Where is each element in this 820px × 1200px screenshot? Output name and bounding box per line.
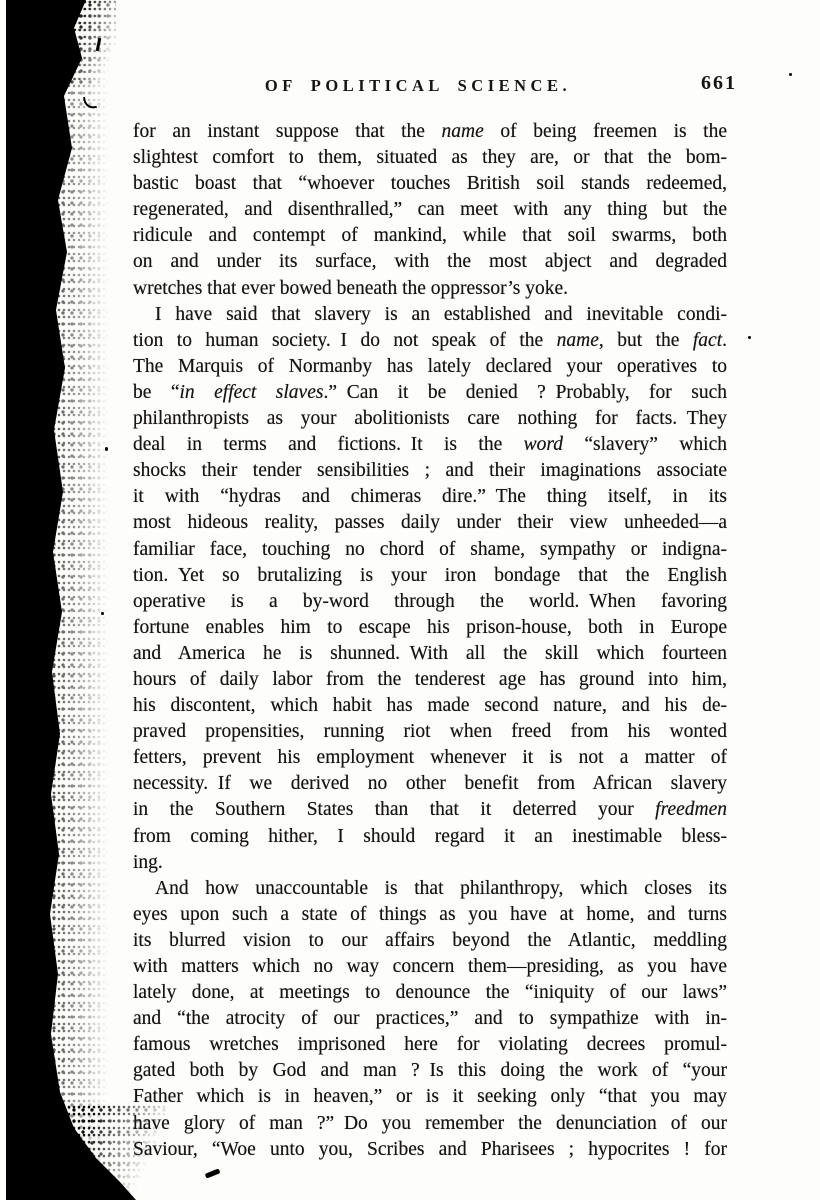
text-line: ing. <box>133 850 727 876</box>
text-line: for an instant suppose that the name of … <box>133 119 727 145</box>
text-line: regenerated, and disenthralled,” can mee… <box>133 197 727 223</box>
text-line: from coming hither, I should regard it a… <box>133 824 727 850</box>
text-line: with matters which no way concern them—p… <box>133 954 727 980</box>
text-line: praved propensities, running riot when f… <box>133 719 727 745</box>
text-line: on and under its surface, with the most … <box>133 249 727 275</box>
text-line: wretches that ever bowed beneath the opp… <box>133 276 727 302</box>
text-line: have glory of man ?” Do you remember the… <box>133 1111 727 1137</box>
running-title: OF POLITICAL SCIENCE. <box>121 76 715 96</box>
text-line: necessity. If we derived no other benefi… <box>133 771 727 797</box>
text-line: fetters, prevent his employment whenever… <box>133 745 727 771</box>
scan-speck-artifact <box>96 38 101 51</box>
text-line: ridicule and contempt of mankind, while … <box>133 223 727 249</box>
gutter-top-speckle <box>68 0 116 85</box>
text-line: and “the atrocity of our practices,” and… <box>133 1006 727 1032</box>
scan-speck-artifact <box>205 1168 221 1178</box>
body-text: for an instant suppose that the name of … <box>133 119 727 1163</box>
page-header: OF POLITICAL SCIENCE. <box>133 76 727 96</box>
text-line: be “in effect slaves.” Can it be denied … <box>133 380 727 406</box>
text-line: I have said that slavery is an establish… <box>133 302 727 328</box>
text-line: slightest comfort to them, situated as t… <box>133 145 727 171</box>
scan-speck-artifact <box>101 612 104 615</box>
text-line: familiar face, touching no chord of sham… <box>133 537 727 563</box>
scan-speck-artifact <box>83 95 97 110</box>
scan-speck-artifact <box>105 447 108 451</box>
text-line: deal in terms and fictions. It is the wo… <box>133 432 727 458</box>
gutter-speckle <box>32 0 112 1200</box>
text-line: lately done, at meetings to denounce the… <box>133 980 727 1006</box>
text-line: fortune enables him to escape his prison… <box>133 615 727 641</box>
text-line: shocks their tender sensibilities ; and … <box>133 458 727 484</box>
scan-speck-artifact <box>789 73 792 76</box>
text-line: And how unaccountable is that philanthro… <box>133 876 727 902</box>
text-line: The Marquis of Normanby has lately decla… <box>133 354 727 380</box>
text-line: tion to human society. I do not speak of… <box>133 328 727 354</box>
text-line: bastic boast that “whoever touches Briti… <box>133 171 727 197</box>
text-line: philanthropists as your abolitionists ca… <box>133 406 727 432</box>
text-line: and America he is shunned. With all the … <box>133 641 727 667</box>
scanned-book-page: OF POLITICAL SCIENCE. 661 for an instant… <box>0 0 820 1200</box>
text-line: in the Southern States than that it dete… <box>133 797 727 823</box>
text-line: eyes upon such a state of things as you … <box>133 902 727 928</box>
text-line: it with “hydras and chimeras dire.” The … <box>133 484 727 510</box>
text-line: Saviour, “Woe unto you, Scribes and Phar… <box>133 1137 727 1163</box>
text-line: famous wretches imprisoned here for viol… <box>133 1032 727 1058</box>
scan-speck-artifact <box>748 336 751 339</box>
text-line: gated both by God and man ? Is this doin… <box>133 1058 727 1084</box>
text-line: most hideous reality, passes daily under… <box>133 510 727 536</box>
text-line: hours of daily labor from the tenderest … <box>133 667 727 693</box>
gutter-black-edge <box>0 0 140 1200</box>
page-number: 661 <box>701 72 737 95</box>
text-line: operative is a by-word through the world… <box>133 589 727 615</box>
text-line: tion. Yet so brutalizing is your iron bo… <box>133 563 727 589</box>
text-line: Father which is in heaven,” or is it see… <box>133 1084 727 1110</box>
text-line: his discontent, which habit has made sec… <box>133 693 727 719</box>
scan-gutter-artifact <box>0 0 150 1200</box>
text-line: its blurred vision to our affairs beyond… <box>133 928 727 954</box>
